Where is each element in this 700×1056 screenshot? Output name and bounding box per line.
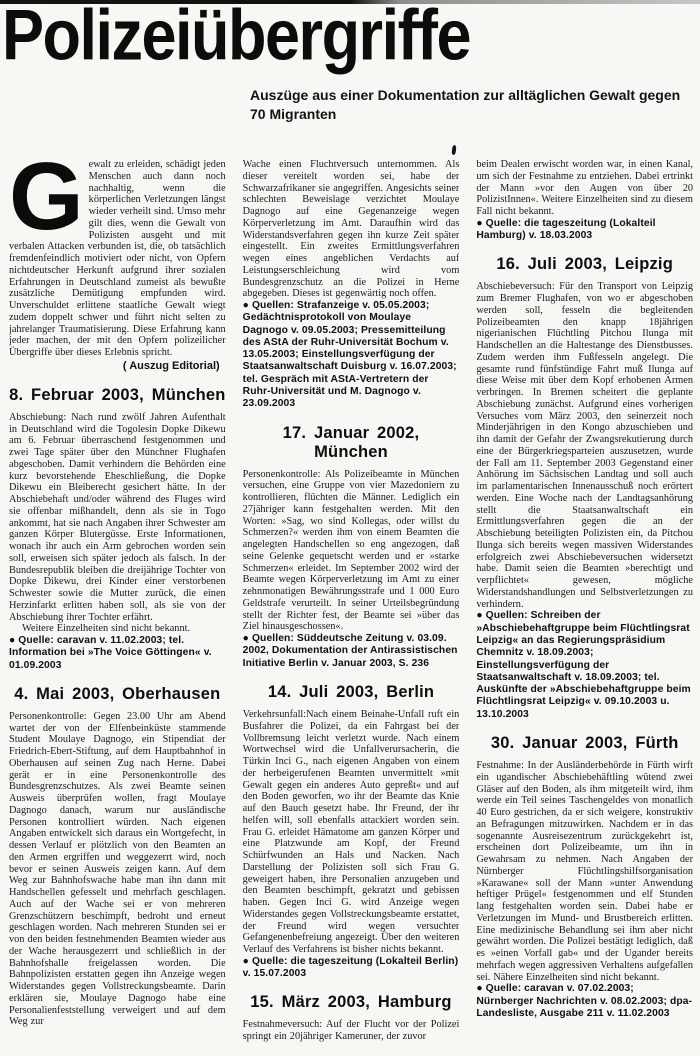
column-1: Gewalt zu erleiden, schädigt jeden Mensc…	[9, 159, 226, 1056]
article-paragraph: Abschiebeversuch: Für den Transport von …	[476, 281, 693, 610]
source-line: ● Quelle: die tageszeitung (Lokalteil Be…	[243, 956, 460, 981]
article-paragraph: Abschiebung: Nach rund zwölf Jahren Aufe…	[9, 412, 226, 624]
source-line: ● Quelle: die tageszeitung (Lokalteil Ha…	[476, 218, 693, 243]
column-2: Wache einen Fluchtversuch unternommen. A…	[243, 159, 460, 1056]
article-paragraph: Personenkontrolle: Gegen 23.00 Uhr am Ab…	[9, 711, 226, 1028]
source-line: ● Quellen: Schreiben der »Abschiebehaftg…	[476, 610, 693, 721]
article-columns: Gewalt zu erleiden, schädigt jeden Mensc…	[9, 159, 693, 1056]
section-heading-fuerth: 30. Januar 2003, Fürth	[476, 734, 693, 753]
section-heading-oberhausen: 4. Mai 2003, Oberhausen	[9, 685, 226, 704]
article-paragraph: Festnahmeversuch: Auf der Flucht vor der…	[243, 1019, 460, 1043]
article-paragraph: Wache einen Fluchtversuch unternommen. A…	[243, 159, 460, 300]
article-paragraph: Personenkontrolle: Als Polizeibeamte in …	[243, 469, 460, 634]
article-paragraph: Weitere Einzelheiten sind nicht bekannt.	[9, 623, 226, 635]
article-paragraph: beim Dealen erwischt worden war, in eine…	[476, 159, 693, 218]
document-subtitle: Auszüge aus einer Dokumentation zur allt…	[250, 86, 690, 124]
scanned-document-page: Polizeiübergriffe Auszüge aus einer Doku…	[0, 0, 700, 1056]
editorial-byline: ( Auszug Editorial)	[9, 360, 220, 373]
editorial-paragraph: Gewalt zu erleiden, schädigt jeden Mensc…	[9, 159, 226, 359]
source-line: ● Quellen: Strafanzeige v. 05.05.2003; G…	[243, 300, 460, 411]
source-line: ● Quelle: caravan v. 07.02.2003; Nürnber…	[476, 983, 693, 1020]
drop-cap: G	[9, 160, 84, 232]
source-line: ● Quellen: Süddeutsche Zeitung v. 03.09.…	[243, 633, 460, 670]
ink-speck	[451, 145, 456, 155]
section-heading-leipzig: 16. Juli 2003, Leipzig	[476, 255, 693, 274]
section-heading-hamburg: 15. März 2003, Hamburg	[243, 993, 460, 1012]
source-line: ● Quelle: caravan v. 11.02.2003; tel. In…	[9, 635, 226, 672]
section-heading-berlin: 14. Juli 2003, Berlin	[243, 683, 460, 702]
section-heading-muenchen-jan: 17. Januar 2002, München	[243, 424, 460, 462]
section-heading-muenchen-feb: 8. Februar 2003, München	[9, 386, 226, 405]
article-paragraph: Verkehrsunfall:Nach einem Beinahe-Unfall…	[243, 709, 460, 956]
column-3: beim Dealen erwischt worden war, in eine…	[476, 159, 693, 1056]
article-paragraph: Festnahme: In der Ausländerbehörde in Fü…	[476, 760, 693, 983]
page-title: Polizeiübergriffe	[2, 0, 470, 72]
